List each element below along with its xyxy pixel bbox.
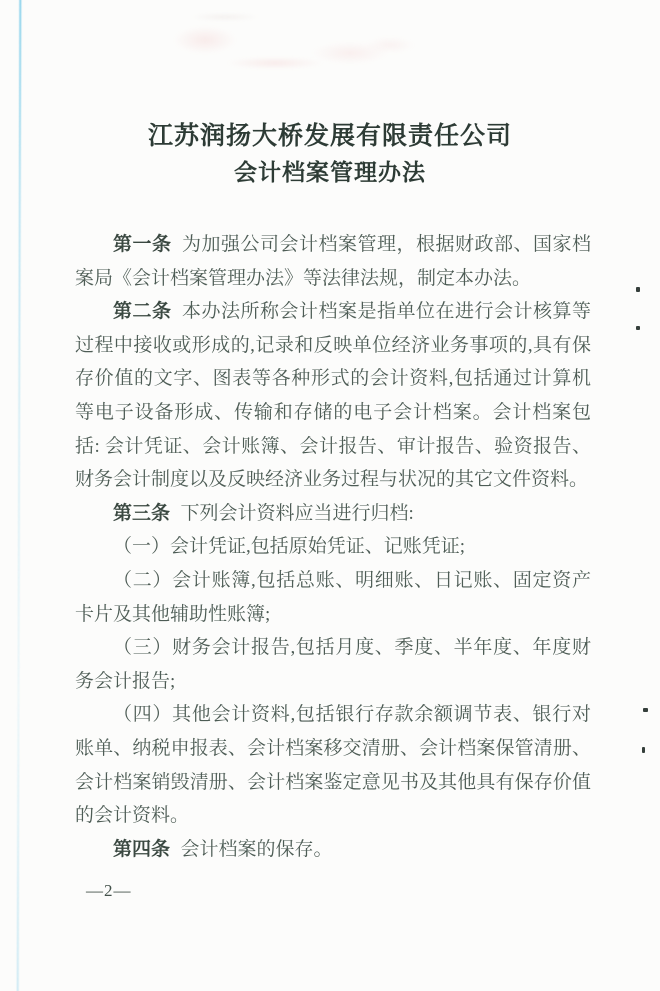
clause-paragraph: 第四条会计档案的保存。 xyxy=(75,833,591,867)
clause-number: 第二条 xyxy=(113,301,172,322)
clause-paragraph: 第二条本办法所称会计档案是指单位在进行会计核算等过程中接收或形成的,记录和反映单… xyxy=(75,295,591,497)
scan-speck xyxy=(636,326,640,330)
clause-text: （四）其他会计资料,包括银行存款余额调节表、银行对账单、纳税申报表、会计档案移交… xyxy=(75,704,591,826)
clause-paragraph: 第三条下列会计资料应当进行归档: xyxy=(75,497,591,531)
clause-text: 本办法所称会计档案是指单位在进行会计核算等过程中接收或形成的,记录和反映单位经济… xyxy=(75,301,591,490)
clause-text: （二）会计账簿,包括总账、明细账、日记账、固定资产卡片及其他辅助性账簿; xyxy=(75,570,591,625)
clause-text: （一）会计凭证,包括原始凭证、记账凭证; xyxy=(113,536,465,557)
document-title-line1: 江苏润扬大桥发展有限责任公司 xyxy=(0,119,660,155)
scan-speck xyxy=(643,708,648,712)
document-title: 江苏润扬大桥发展有限责任公司 会计档案管理办法 xyxy=(0,119,660,190)
clause-subitem: （四）其他会计资料,包括银行存款余额调节表、银行对账单、纳税申报表、会计档案移交… xyxy=(75,698,591,832)
clause-number: 第三条 xyxy=(113,503,170,524)
document-title-line2: 会计档案管理办法 xyxy=(0,155,660,190)
clause-subitem: （三）财务会计报告,包括月度、季度、半年度、年度财务会计报告; xyxy=(75,631,591,698)
clause-text: 会计档案的保存。 xyxy=(180,839,332,860)
scan-speck xyxy=(636,287,640,292)
clause-subitem: （二）会计账簿,包括总账、明细账、日记账、固定资产卡片及其他辅助性账簿; xyxy=(75,564,591,631)
scan-speck xyxy=(642,747,645,753)
ink-bleed-through-artifact xyxy=(165,5,415,75)
clause-paragraph: 第一条为加强公司会计档案管理，根据财政部、国家档案局《会计档案管理办法》等法律法… xyxy=(75,228,591,295)
clause-text: 下列会计资料应当进行归档: xyxy=(180,503,413,524)
document-body: 第一条为加强公司会计档案管理，根据财政部、国家档案局《会计档案管理办法》等法律法… xyxy=(75,228,591,866)
clause-number: 第四条 xyxy=(113,839,170,860)
clause-text: （三）财务会计报告,包括月度、季度、半年度、年度财务会计报告; xyxy=(75,637,591,692)
clause-subitem: （一）会计凭证,包括原始凭证、记账凭证; xyxy=(75,530,591,564)
scanned-document-page: 江苏润扬大桥发展有限责任公司 会计档案管理办法 第一条为加强公司会计档案管理，根… xyxy=(0,0,660,991)
clause-number: 第一条 xyxy=(113,234,172,255)
page-number: —2— xyxy=(86,881,132,900)
